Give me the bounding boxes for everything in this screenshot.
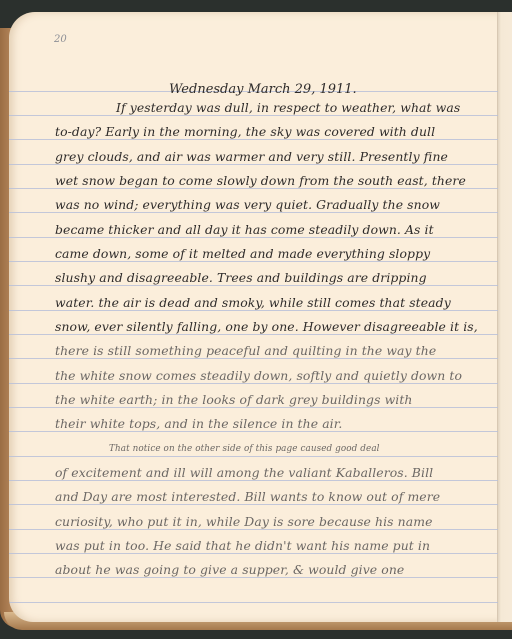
text-line: about he was going to give a supper, & w… [55,562,495,578]
text-line: That notice on the other side of this pa… [109,441,512,457]
text-line: If yesterday was dull, in respect to wea… [116,100,496,116]
text-line: became thicker and all day it has come s… [55,222,495,238]
text-line: water. the air is dead and smoky, while … [55,295,495,311]
text-line: slushy and disagreeable. Trees and build… [55,270,495,286]
text-line: their white tops, and in the silence in … [55,416,495,432]
text-line: came down, some of it melted and made ev… [55,246,495,262]
page-edge [497,12,512,622]
text-line: was put in too. He said that he didn't w… [55,538,495,554]
text-line: wet snow began to come slowly down from … [55,173,495,189]
page-number: 20 [54,34,67,45]
text-line: and Day are most interested. Bill wants … [55,489,495,505]
ruled-line [9,602,498,603]
text-line: the white earth; in the looks of dark gr… [55,392,495,408]
text-line: was no wind; everything was very quiet. … [55,197,495,213]
entry-date-heading: Wednesday March 29, 1911. [169,82,357,97]
text-line: of excitement and ill will among the val… [55,465,495,481]
text-line: grey clouds, and air was warmer and very… [55,149,495,165]
text-line: curiosity, who put it in, while Day is s… [55,514,495,530]
text-line: there is still something peaceful and qu… [55,343,495,359]
text-line: to-day? Early in the morning, the sky wa… [55,124,495,140]
diary-page: 20 Wednesday March 29, 1911. If yesterda… [9,12,512,622]
text-line: the white snow comes steadily down, soft… [55,368,495,384]
text-line: snow, ever silently falling, one by one.… [55,319,495,335]
